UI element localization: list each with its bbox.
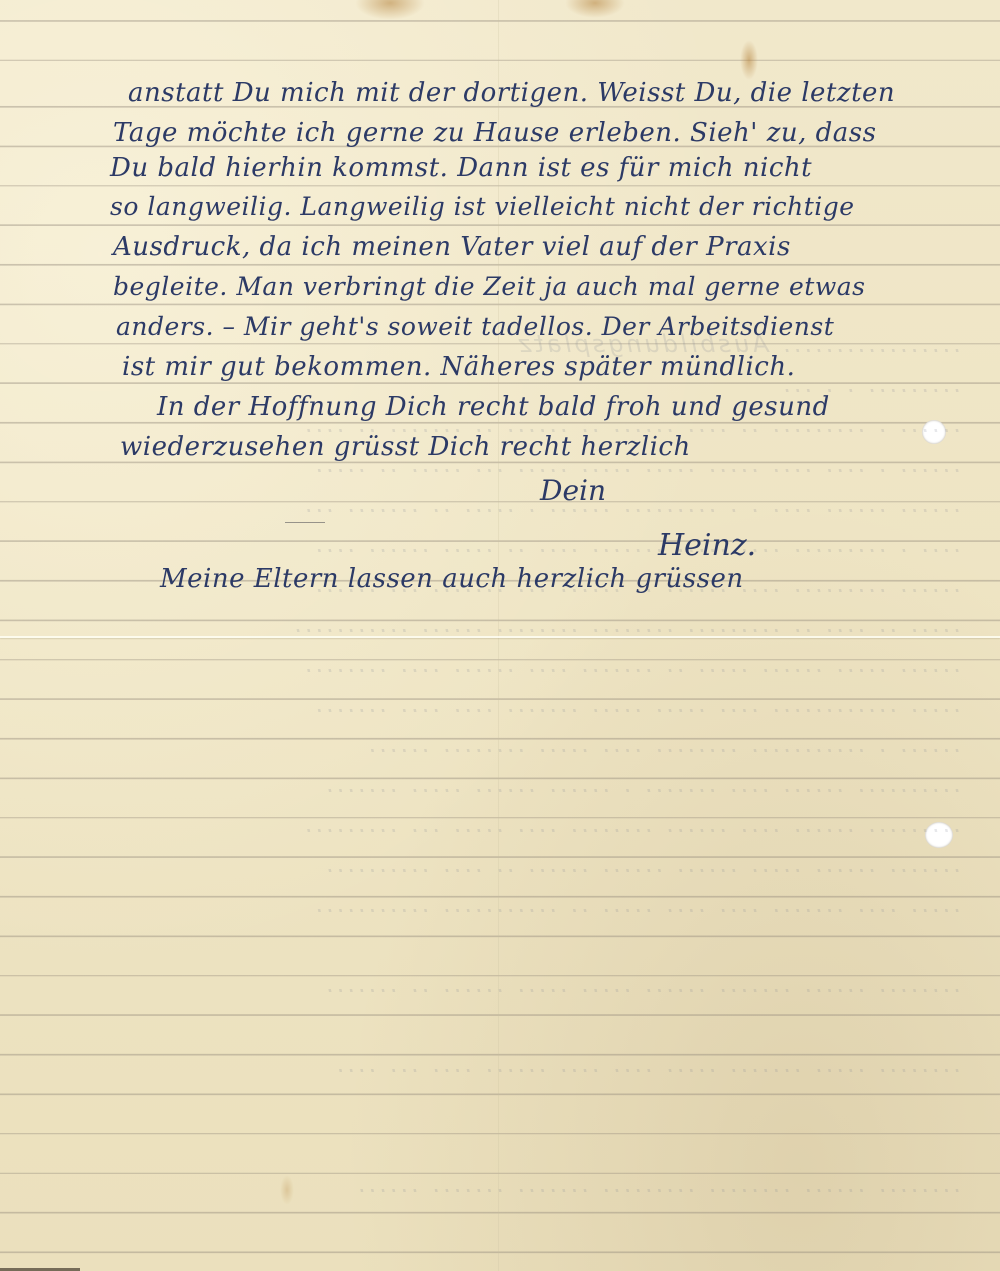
bleed-through-line: ...... ...... .... . . ......... ...... …	[60, 490, 960, 518]
rust-stain	[740, 40, 758, 80]
bleed-through-line: ..... .... ....... .... .... ..... .. ..…	[60, 890, 960, 918]
letter-page: ................. Ausbildungsplatz .....…	[0, 0, 1000, 1271]
bleed-through-line: ..... .. .... .. ......... ........ ....…	[60, 610, 960, 638]
letter-line: Ausdruck, da ich meinen Vater viel auf d…	[113, 232, 791, 262]
letter-line: Du bald hierhin kommst. Dann ist es für …	[110, 153, 812, 183]
stray-pen-mark	[285, 522, 325, 523]
bleed-through-line: ........ ...... ....... ...... ..... ...…	[60, 970, 960, 998]
bleed-through-line: ........ ..... ....... ..... .... .... .…	[60, 1050, 960, 1078]
bleed-through-line: .......... ...... .... ....... . ...... …	[60, 770, 960, 798]
letter-line: In der Hoffnung Dich recht bald froh und…	[157, 392, 830, 422]
bleed-through-line: ........ ...... ........ ......... .....…	[60, 1170, 960, 1198]
bleed-through-line: ...... . ........... ........ .... .....…	[60, 730, 960, 758]
bleed-through-line: .... . ......... .... ..... ....... ....…	[60, 530, 960, 558]
letter-line: anders. – Mir geht's soweit tadellos. De…	[116, 312, 834, 341]
bleed-through-line: ......... ...... .... ...... ........ ..…	[60, 810, 960, 838]
bleed-through-line: ...... ..... ...... ..... .. ....... ...…	[60, 650, 960, 678]
bleed-through-line: ....... ...... ..... ...... ...... .....…	[60, 850, 960, 878]
letter-postscript: Meine Eltern lassen auch herzlich grüsse…	[160, 564, 744, 594]
letter-line: wiederzusehen grüsst Dich recht herzlich	[120, 432, 691, 462]
letter-closing: Dein	[540, 474, 606, 507]
letter-line: anstatt Du mich mit der dortigen. Weisst…	[128, 78, 895, 108]
bleed-through-line: ..... ............ .... ..... ..... ....…	[60, 690, 960, 718]
letter-line: begleite. Man verbringt die Zeit ja auch…	[113, 272, 865, 301]
letter-signature: Heinz.	[658, 528, 756, 563]
letter-line: Tage möchte ich gerne zu Hause erleben. …	[113, 118, 877, 148]
letter-line: ist mir gut bekommen. Näheres später mün…	[122, 352, 795, 382]
letter-line: so langweilig. Langweilig ist vielleicht…	[110, 192, 855, 221]
